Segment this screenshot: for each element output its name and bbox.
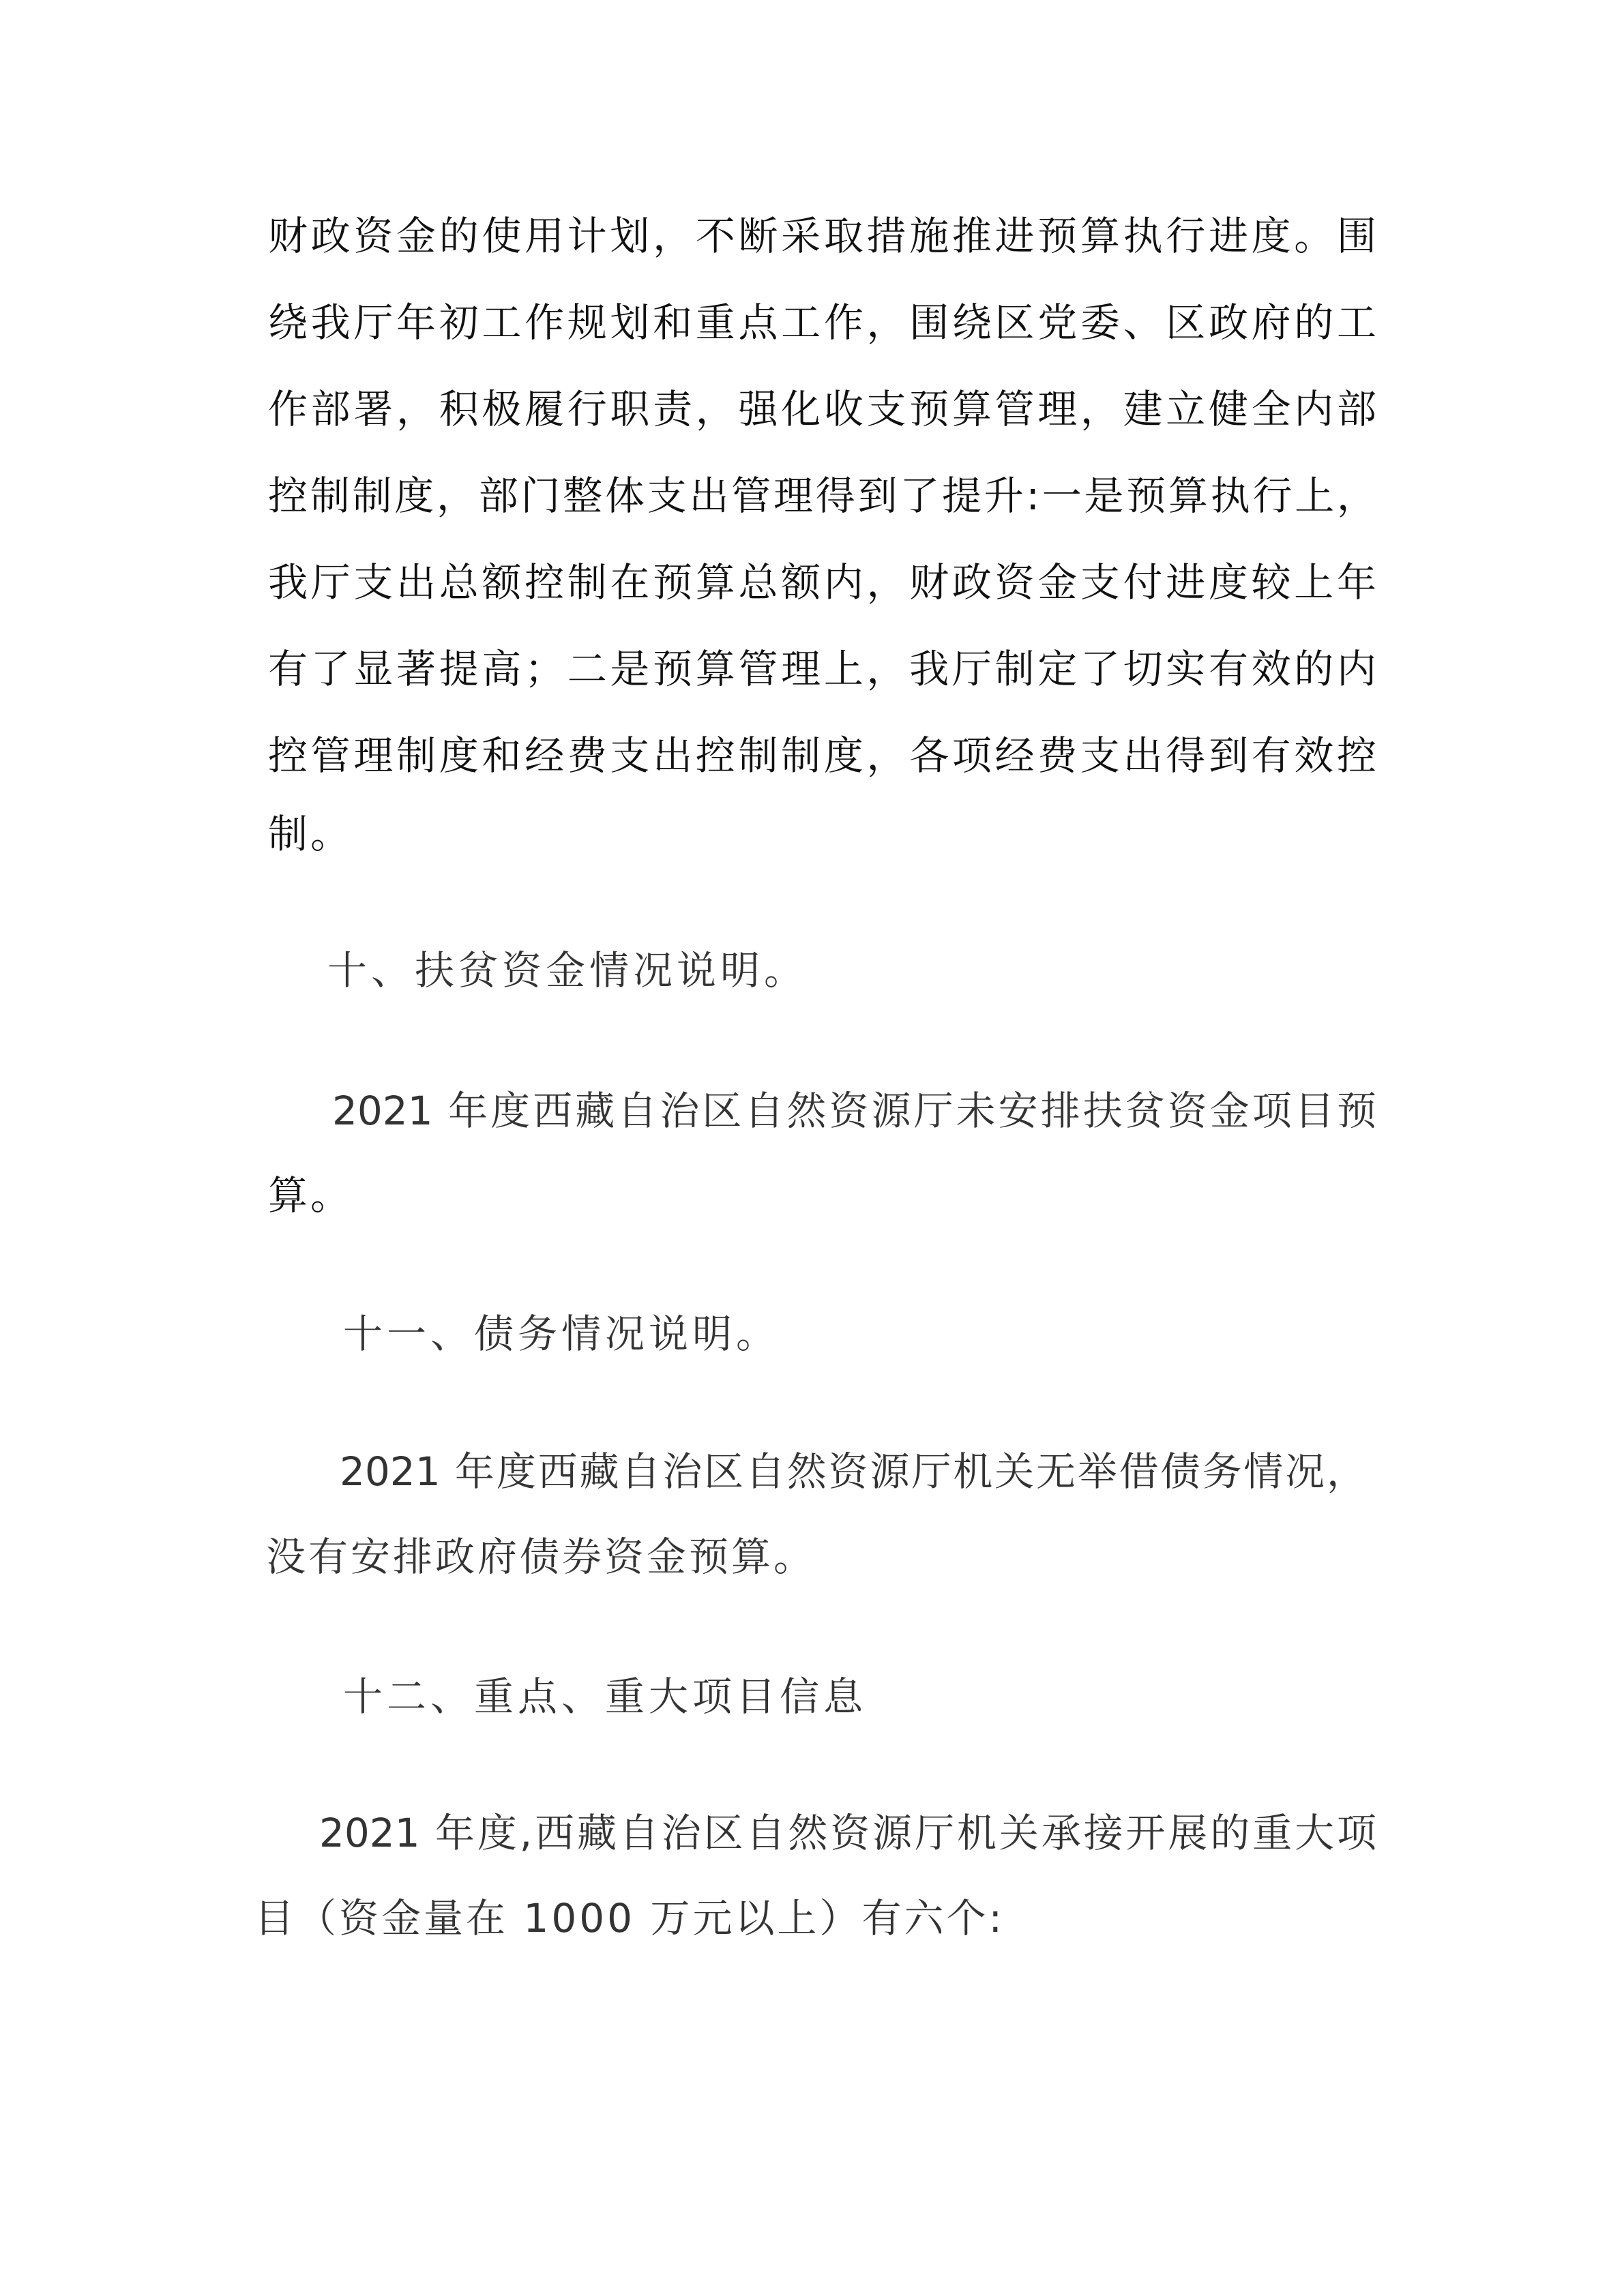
paragraph-line: 控制制度，部门整体支出管理得到了提升:一是预算执行上，: [268, 474, 1376, 518]
paragraph-line: 制。: [268, 812, 353, 856]
paragraph-line: 2021 年度西藏自治区自然资源厅未安排扶贫资金项目预: [332, 1089, 1376, 1133]
paragraph-line: 目（资金量在 1000 万元以上）有六个:: [254, 1896, 1005, 1940]
paragraph-line: 有了显著提高；二是预算管理上，我厅制定了切实有效的内: [268, 647, 1376, 691]
paragraph-line: 作部署，积极履行职责，强化收支预算管理，建立健全内部: [268, 387, 1376, 431]
paragraph-line: 财政资金的使用计划，不断采取措施推进预算执行进度。围: [268, 214, 1376, 258]
paragraph-line: 控管理制度和经费支出控制制度，各项经费支出得到有效控: [268, 734, 1376, 777]
section-heading-debt: 十一、债务情况说明。: [343, 1312, 780, 1356]
paragraph-line: 算。: [268, 1174, 353, 1217]
paragraph-line: 绕我厅年初工作规划和重点工作，围绕区党委、区政府的工: [268, 301, 1376, 344]
section-heading-poverty-funds: 十、扶贫资金情况说明。: [327, 949, 808, 992]
paragraph-line: 2021 年度,西藏自治区自然资源厅机关承接开展的重大项: [319, 1811, 1376, 1855]
paragraph-line: 2021 年度西藏自治区自然资源厅机关无举借债务情况，: [340, 1450, 1366, 1493]
section-heading-major-projects: 十二、重点、重大项目信息: [343, 1675, 867, 1718]
paragraph-line: 我厅支出总额控制在预算总额内，财政资金支付进度较上年: [268, 561, 1376, 604]
paragraph-line: 没有安排政府债券资金预算。: [266, 1535, 816, 1579]
document-page: 财政资金的使用计划，不断采取措施推进预算执行进度。围 绕我厅年初工作规划和重点工…: [0, 0, 1624, 2296]
